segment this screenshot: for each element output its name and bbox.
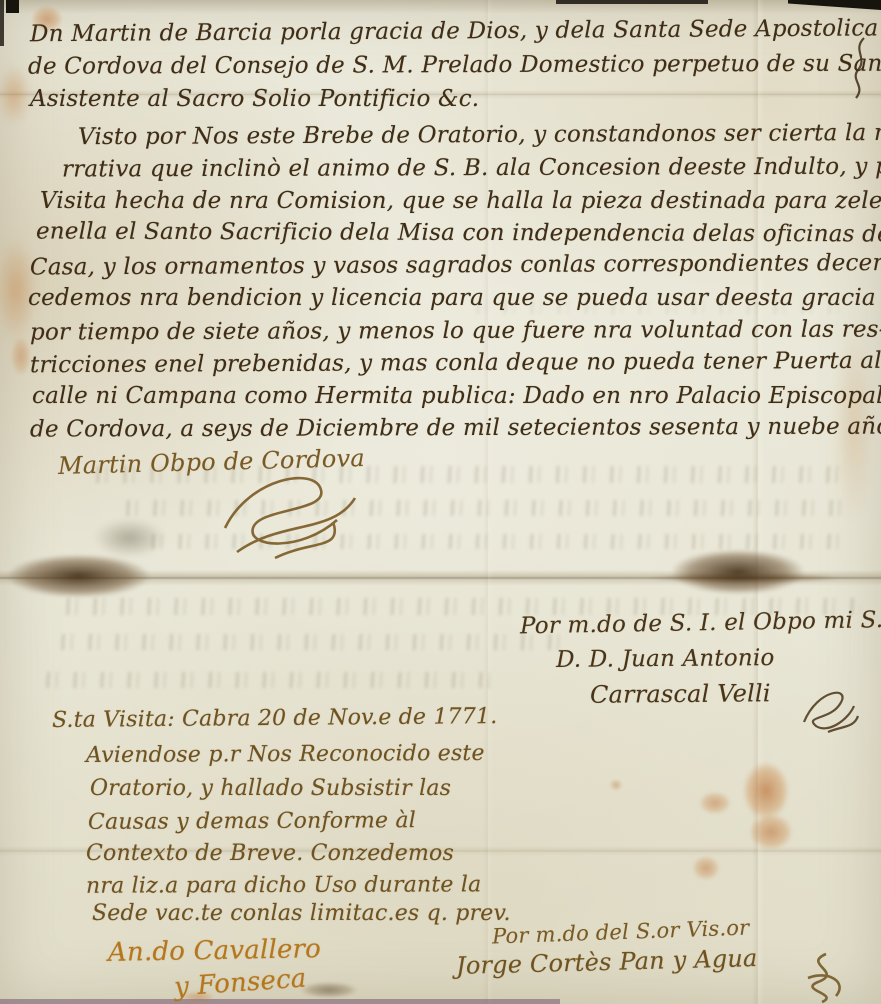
secretary-line-3: Carrascal Velli [590,679,771,709]
visita-line-1: S.ta Visita: Cabra 20 de Nov.e de 1771. [52,704,498,733]
caballero-signature-line-2: y Fonseca [173,963,307,1002]
body-line-10: de Cordova, a seys de Diciembre de mil s… [30,413,881,442]
stain-fold-left [0,548,171,604]
body-line-7: por tiempo de siete años, y menos lo que… [30,317,881,346]
stain-rust-6 [694,788,736,818]
scan-edge-topright [788,0,881,10]
secretary-line-2: D. D. Juan Antonio [556,645,775,673]
stain-rust-7 [742,808,800,856]
margin-flourish [846,36,872,102]
scan-edge-left [0,0,4,46]
scan-edge-bottom [0,999,560,1004]
body-line-1: Visto por Nos este Brebe de Oratorio, y … [78,120,881,150]
body-line-6: cedemos nra bendicion y licencia para qu… [28,285,881,311]
visita-line-2: Aviendose p.r Nos Reconocido este [86,741,485,768]
body-line-4: enella el Santo Sacrificio dela Misa con… [36,218,881,247]
body-line-5: Casa, y los ornamentos y vasos sagrados … [30,250,881,281]
body-line-2: rrativa que inclinò el animo de S. B. al… [62,154,881,183]
body-line-3: Visita hecha de nra Comision, que se hal… [40,188,881,214]
bleedthrough-line [40,672,490,688]
visita-line-3: Oratorio, y hallado Subsistir las [90,776,451,801]
header-line-3: Asistente al Sacro Solio Pontificio &c. [30,86,479,112]
stain-rust-9 [608,778,624,792]
visitor-rubric [788,952,858,1004]
scan-edge-mark-topleft [6,0,19,13]
bishop-rubric [215,462,365,562]
scan-edge-top-center [556,0,708,4]
manuscript-scan: Dn Martin de Barcia porla gracia de Dios… [0,0,881,1004]
header-line-2: de Cordova del Consejo de S. M. Prelado … [28,50,881,79]
visita-line-4: Causas y demas Conforme àl [88,808,416,835]
bleedthrough-line [55,634,575,650]
stain-rust-8 [688,852,724,884]
visitor-order-line: Por m.do del S.or Vis.or [492,916,750,949]
visita-line-6: nra liz.a para dicho Uso durante la [86,872,481,898]
secretary-rubric [798,682,862,736]
caballero-signature-line-1: An.do Cavallero [108,934,322,968]
stain-fold-right-smear [620,572,870,584]
visitor-signature: Jorge Cortès Pan y Agua [456,944,758,980]
body-line-8: tricciones enel prebenidas, y mas conla … [30,348,881,379]
secretary-line-1: Por m.do de S. I. el Obpo mi S.or [520,607,881,640]
visita-line-7: Sede vac.te conlas limitac.es q. prev. [92,901,511,926]
visita-line-5: Contexto de Breve. Conzedemos [86,841,454,866]
body-line-9: calle ni Campana como Hermita publica: D… [32,383,881,409]
